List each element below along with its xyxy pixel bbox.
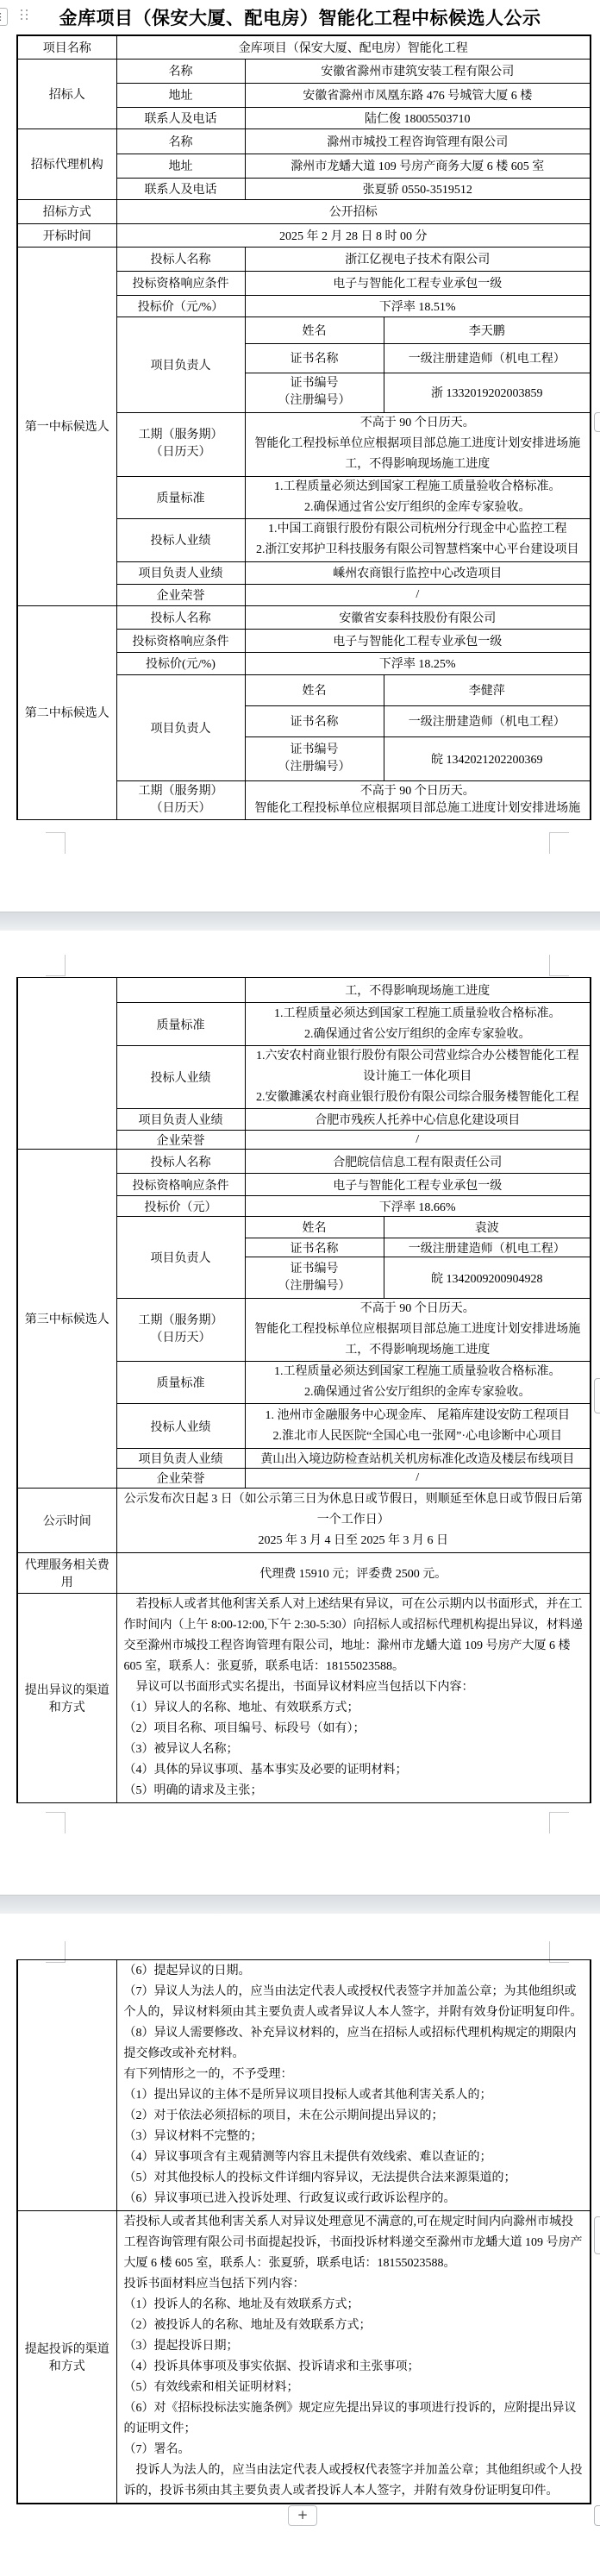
candidate1-achievements-cell: 1.中国工商银行股份有限公司杭州分行现金中心监控工程 2.浙江安邦护卫科技服务有… [245, 518, 591, 561]
duration-line: 智能化工程投标单位应根据项目部总施工进度计划安排进场施工，不得影响现场施工进度 [251, 434, 585, 475]
table-row: 工，不得影响现场施工进度 [17, 978, 591, 1003]
candidate2-honor-cell: / [245, 1131, 591, 1150]
objection-content-cell-page3: （6）提起异议的日期。（7）异议人为法人的，应当由法定代表人或授权代表签字并加盖… [116, 1960, 591, 2211]
bidder-name-label-cell: 投标人名称 [116, 1150, 245, 1174]
project-name-label-cell: 项目名称 [17, 35, 116, 59]
floating-tool-button[interactable] [594, 2216, 600, 2254]
mgr-ach-label-cell: 项目负责人业绩 [116, 561, 245, 584]
qualification-label-cell: 投标资格响应条件 [116, 1174, 245, 1196]
objection-label-cell: 提出异议的渠道和方式 [17, 1594, 116, 1803]
objection-item: （7）异议人为法人的，应当由法定代表人或授权代表签字并加盖公章；为其他组织或个人… [124, 1982, 584, 2023]
duration-line: 智能化工程投标单位应根据项目部总施工进度计划安排进场施 [251, 800, 585, 818]
achievement-line: 2.淮北市人民医院“全国心电一张网”·心电诊断中心项目 [251, 1426, 585, 1447]
objection-paragraph: 若投标人或者其他利害关系人对上述结果有异议，可在公示期内以书面形式，并在工作时间… [124, 1595, 584, 1677]
complaint-item: （5）有效线索和相关证明材料； [124, 2378, 584, 2398]
objection-paragraph: 异议可以书面形式实名提出，书面异议材料应当包括以下内容： [124, 1677, 584, 1698]
candidate3-cert-no-cell: 皖 1342009200904928 [384, 1257, 591, 1299]
duration-label-cell: 工期（服务期） （日历天） [116, 1299, 245, 1362]
margin-mark-bottom-left [46, 1812, 66, 1833]
cert-name-label-cell: 证书名称 [245, 343, 384, 373]
agency-addr-label-cell: 地址 [116, 154, 245, 178]
price-label-cell: 投标价（元/%） [116, 295, 245, 317]
candidate3-qualification-cell: 电子与智能化工程专业承包一级 [245, 1174, 591, 1196]
candidate1-price-cell: 下浮率 18.51% [245, 295, 591, 317]
objection-content-cell-page2: 若投标人或者其他利害关系人对上述结果有异议，可在公示期内以书面形式，并在工作时间… [116, 1594, 591, 1803]
candidate3-duration-cell: 不高于 90 个日历天。 智能化工程投标单位应根据项目部总施工进度计划安排进场施… [245, 1299, 591, 1362]
complaint-item-list: （1）投诉人的名称、地址及有效联系方式；（2）被投诉人的名称、地址及有效联系方式… [124, 2295, 584, 2460]
empty-label-cell [116, 978, 245, 1003]
table-row: 招标人 名称 安徽省滁州市建筑安装工程有限公司 [17, 59, 591, 83]
candidate1-manager-name-cell: 李天鹏 [384, 317, 591, 343]
duration-line: 不高于 90 个日历天。 [251, 1299, 585, 1319]
name-label-cell: 姓名 [245, 317, 384, 343]
complaint-item: （6）对《招标投标法实施条例》规定应先提出异议的事项进行投诉的，应附提出异议的证… [124, 2398, 584, 2440]
publicity-line: 2025 年 3 月 4 日至 2025 年 3 月 6 日 [122, 1531, 585, 1551]
objection-item: （8）异议人需要修改、补充异议材料的，应当在招标人或招标代理机构规定的期限内提交… [124, 2023, 584, 2065]
achievement-line: 1. 池州市金融服务中心现金库、 尾箱库建设安防工程项目 [251, 1406, 585, 1426]
tenderer-addr-value-cell: 安徽省滁州市凤凰东路 476 号城管大厦 6 楼 [245, 83, 591, 107]
quality-line: 2.确保通过省公安厅组织的金库专家验收。 [251, 498, 585, 518]
objection-item: （5）明确的请求及主张； [124, 1781, 584, 1802]
candidate2-duration-cell-part1: 不高于 90 个日历天。 智能化工程投标单位应根据项目部总施工进度计划安排进场施 [245, 780, 591, 819]
complaint-item: （2）被投诉人的名称、地址及有效联系方式； [124, 2316, 584, 2336]
agency-fee-value-cell: 代理费 15910 元；评委费 2500 元。 [116, 1553, 591, 1594]
cert-no-label-line1: 证书编号 [251, 1261, 378, 1278]
complaint-item: （1）投诉人的名称、地址及有效联系方式； [124, 2295, 584, 2316]
bidder-ach-label-cell: 投标人业绩 [116, 1046, 245, 1109]
candidate2-group-cell: 第二中标候选人 [17, 605, 116, 819]
name-label-cell: 姓名 [245, 674, 384, 705]
honor-label-cell: 企业荣誉 [116, 1131, 245, 1150]
cert-no-label-line2: （注册编号） [251, 1278, 378, 1295]
honor-label-cell: 企业荣誉 [116, 1469, 245, 1489]
bidder-name-label-cell: 投标人名称 [116, 605, 245, 629]
objection-reject-intro: 有下列情形之一的，不予受理： [124, 2065, 584, 2085]
table-row: 公示时间 公示发布次日起 3 日（如公示第三日为休息日或节假日，则顺延至休息日或… [17, 1489, 591, 1553]
cert-no-label-line2: （注册编号） [251, 759, 378, 776]
complaint-paragraph: 投诉人为法人的，应当由法定代表人或授权代表签字并加盖公章；其他组织或个人投诉的，… [124, 2460, 584, 2502]
candidate2-achievements-cell: 1.六安农村商业银行股份有限公司营业综合办公楼智能化工程设计施工一体化项目 2.… [245, 1046, 591, 1109]
page-separator [0, 912, 600, 931]
objection-item: （4）具体的异议事项、基本事实及必要的证明材料； [124, 1760, 584, 1781]
objection-reject-item: （3）异议材料不完整的； [124, 2127, 584, 2147]
quality-line: 1.工程质量必须达到国家工程施工质量验收合格标准。 [251, 477, 585, 498]
price-label-cell: 投标价（元） [116, 1196, 245, 1217]
objection-item: （6）提起异议的日期。 [124, 1961, 584, 1982]
agency-group-cell: 招标代理机构 [17, 128, 116, 199]
opening-time-label-cell: 开标时间 [17, 223, 116, 247]
complaint-label-cell: 提起投诉的渠道和方式 [17, 2211, 116, 2504]
opening-time-value-cell: 2025 年 2 月 28 日 8 时 00 分 [116, 223, 591, 247]
cert-no-label-cell: 证书编号 （注册编号） [245, 1257, 384, 1299]
complaint-content-cell: 若投标人或者其他利害关系人对异议处理意见不满意的,可在规定时间内向滁州市城投工程… [116, 2211, 591, 2504]
quality-line: 1.工程质量必须达到国家工程施工质量验收合格标准。 [251, 1362, 585, 1382]
agency-contact-label-cell: 联系人及电话 [116, 178, 245, 199]
candidate3-honor-cell: / [245, 1469, 591, 1489]
quality-line: 2.确保通过省公安厅组织的金库专家验收。 [251, 1025, 585, 1045]
objection-reject-item: （6）异议事项已进入投诉处理、行政复议或行政诉讼程序的。 [124, 2189, 584, 2209]
table-row: 提起投诉的渠道和方式 若投标人或者其他利害关系人对异议处理意见不满意的,可在规定… [17, 2211, 591, 2504]
candidate2-duration-cell-part2: 工，不得影响现场施工进度 [245, 978, 591, 1003]
tenderer-addr-label-cell: 地址 [116, 83, 245, 107]
duration-label-line1: 工期（服务期） [122, 427, 240, 444]
candidate1-group-cell: 第一中标候选人 [17, 247, 116, 605]
duration-label-line2: （日历天） [122, 1330, 240, 1347]
candidate2-bidder-cell: 安徽省安泰科技股份有限公司 [245, 605, 591, 629]
method-value-cell: 公开招标 [116, 199, 591, 223]
tenderer-name-value-cell: 安徽省滁州市建筑安装工程有限公司 [245, 59, 591, 83]
qualification-label-cell: 投标资格响应条件 [116, 271, 245, 295]
agency-addr-value-cell: 滁州市龙蟠大道 109 号房产商务大厦 6 楼 605 室 [245, 154, 591, 178]
objection-reject-list: （1）提出异议的主体不是所异议项目投标人或者其他利害关系人的；（2）对于依法必须… [124, 2085, 584, 2209]
bidder-ach-label-cell: 投标人业绩 [116, 518, 245, 561]
objection-reject-item: （5）对其他投标人的投标文件详细内容异议，无法提供合法来源渠道的； [124, 2168, 584, 2189]
bidder-ach-label-cell: 投标人业绩 [116, 1404, 245, 1449]
candidate2-mgr-ach-cell: 合肥市残疾人托养中心信息化建设项目 [245, 1109, 591, 1131]
quality-line: 2.确保通过省公安厅组织的金库专家验收。 [251, 1382, 585, 1403]
complaint-item: （3）提起投诉日期； [124, 2336, 584, 2357]
document-canvas: ⋮ 金库项目（保安大厦、配电房）智能化工程中标候选人公示 项目名称 金库项目（保… [0, 0, 600, 2576]
notice-table-page3: （6）提起异议的日期。（7）异议人为法人的，应当由法定代表人或授权代表签字并加盖… [16, 1959, 591, 2504]
achievement-line: 1.中国工商银行股份有限公司杭州分行现金中心监控工程 [251, 519, 585, 540]
cert-name-label-cell: 证书名称 [245, 705, 384, 736]
duration-label-line1: 工期（服务期） [122, 1313, 240, 1330]
table-row: 第二中标候选人 投标人名称 安徽省安泰科技股份有限公司 [17, 605, 591, 629]
table-row: （6）提起异议的日期。（7）异议人为法人的，应当由法定代表人或授权代表签字并加盖… [17, 1960, 591, 2211]
candidate3-mgr-ach-cell: 黄山出入境边防检查站机关机房标准化改造及楼层布线项目 [245, 1449, 591, 1469]
candidate3-quality-cell: 1.工程质量必须达到国家工程施工质量验收合格标准。 2.确保通过省公安厅组织的金… [245, 1362, 591, 1404]
candidate3-group-cell: 第三中标候选人 [17, 1150, 116, 1489]
tenderer-group-cell: 招标人 [17, 59, 116, 128]
manager-group-cell: 项目负责人 [116, 317, 245, 412]
honor-label-cell: 企业荣誉 [116, 584, 245, 605]
cert-no-label-cell: 证书编号 （注册编号） [245, 736, 384, 780]
margin-mark-bottom-right [549, 832, 569, 854]
table-row: 第三中标候选人 投标人名称 合肥皖信信息工程有限责任公司 [17, 1150, 591, 1174]
bidder-name-label-cell: 投标人名称 [116, 247, 245, 271]
objection-item: （1）异议人的名称、地址、有效联系方式； [124, 1698, 584, 1719]
cert-no-label-cell: 证书编号 （注册编号） [245, 373, 384, 412]
candidate1-bidder-cell: 浙江亿视电子技术有限公司 [245, 247, 591, 271]
margin-mark-top-right [549, 955, 569, 976]
publicity-time-label-cell: 公示时间 [17, 1489, 116, 1553]
quality-label-cell: 质量标准 [116, 1362, 245, 1404]
candidate2-cert-name-cell: 一级注册建造师（机电工程） [384, 705, 591, 736]
agency-fee-label-cell: 代理服务相关费用 [17, 1553, 116, 1594]
table-row: 招标代理机构 名称 滁州市城投工程咨询管理有限公司 [17, 128, 591, 154]
candidate2-quality-cell: 1.工程质量必须达到国家工程施工质量验收合格标准。 2.确保通过省公安厅组织的金… [245, 1003, 591, 1046]
candidate1-cert-no-cell: 浙 1332019202003859 [384, 373, 591, 412]
candidate3-price-cell: 下浮率 18.66% [245, 1196, 591, 1217]
floating-tool-button[interactable] [594, 1378, 600, 1413]
table-row: 招标方式 公开招标 [17, 199, 591, 223]
tenderer-contact-label-cell: 联系人及电话 [116, 107, 245, 128]
floating-tool-button[interactable] [594, 2505, 600, 2526]
qualification-label-cell: 投标资格响应条件 [116, 629, 245, 652]
project-name-value-cell: 金库项目（保安大厦、配电房）智能化工程 [116, 35, 591, 59]
quality-label-cell: 质量标准 [116, 1003, 245, 1046]
add-page-button[interactable]: + [288, 2505, 317, 2526]
cert-no-label-line1: 证书编号 [251, 742, 378, 759]
manager-group-cell: 项目负责人 [116, 674, 245, 780]
cert-name-label-cell: 证书名称 [245, 1238, 384, 1257]
achievement-line: 1.六安农村商业银行股份有限公司营业综合办公楼智能化工程设计施工一体化项目 [251, 1046, 585, 1087]
mgr-ach-label-cell: 项目负责人业绩 [116, 1449, 245, 1469]
candidate2-manager-name-cell: 李健萍 [384, 674, 591, 705]
margin-mark-bottom-right [549, 1812, 569, 1833]
empty-label-cell [17, 1960, 116, 2211]
candidate3-cert-name-cell: 一级注册建造师（机电工程） [384, 1238, 591, 1257]
tenderer-name-label-cell: 名称 [116, 59, 245, 83]
candidate2-price-cell: 下浮率 18.25% [245, 652, 591, 674]
price-label-cell: 投标价(元/%) [116, 652, 245, 674]
table-row: 第一中标候选人 投标人名称 浙江亿视电子技术有限公司 [17, 247, 591, 271]
candidate1-mgr-ach-cell: 嵊州农商银行监控中心改造项目 [245, 561, 591, 584]
publicity-time-value-cell: 公示发布次日起 3 日（如公示第三日为休息日或节假日，则顺延至休息日或节假日后第… [116, 1489, 591, 1553]
candidate2-qualification-cell: 电子与智能化工程专业承包一级 [245, 629, 591, 652]
achievement-line: 2.安徽濉溪农村商业银行股份有限公司综合服务楼智能化工程 [251, 1087, 585, 1108]
cert-no-label-line1: 证书编号 [251, 375, 378, 392]
candidate1-quality-cell: 1.工程质量必须达到国家工程施工质量验收合格标准。 2.确保通过省公安厅组织的金… [245, 476, 591, 518]
duration-label-cell: 工期（服务期） （日历天） [116, 780, 245, 819]
empty-group-cell [17, 978, 116, 1150]
margin-mark-bottom-left [46, 832, 66, 854]
agency-name-label-cell: 名称 [116, 128, 245, 154]
table-row: 项目名称 金库项目（保安大厦、配电房）智能化工程 [17, 35, 591, 59]
duration-label-line2: （日历天） [122, 444, 240, 461]
complaint-item: （4）投诉具体事项及事实依据、投诉请求和主张事项； [124, 2357, 584, 2378]
cert-no-label-line2: （注册编号） [251, 392, 378, 410]
objection-item: （2）项目名称、项目编号、标段号（如有）； [124, 1719, 584, 1739]
duration-label-cell: 工期（服务期） （日历天） [116, 412, 245, 476]
quality-label-cell: 质量标准 [116, 476, 245, 518]
duration-label-line2: （日历天） [122, 800, 240, 818]
floating-tool-button[interactable] [594, 412, 600, 432]
objection-item-list: （6）提起异议的日期。（7）异议人为法人的，应当由法定代表人或授权代表签字并加盖… [124, 1961, 584, 2065]
manager-group-cell: 项目负责人 [116, 1217, 245, 1299]
notice-table-page2: 工，不得影响现场施工进度 质量标准 1.工程质量必须达到国家工程施工质量验收合格… [16, 977, 591, 1803]
objection-reject-item: （4）异议事项含有主观猜测等内容且未提供有效线索、难以查证的； [124, 2147, 584, 2168]
complaint-paragraph: 若投标人或者其他利害关系人对异议处理意见不满意的,可在规定时间内向滁州市城投工程… [124, 2212, 584, 2274]
candidate2-cert-no-cell: 皖 1342021202200369 [384, 736, 591, 780]
objection-item: （3）被异议人名称； [124, 1739, 584, 1760]
publicity-line: 公示发布次日起 3 日（如公示第三日为休息日或节假日，则顺延至休息日或节假日后第… [122, 1489, 585, 1531]
method-label-cell: 招标方式 [17, 199, 116, 223]
complaint-paragraph: 投诉书面材料应当包括下列内容： [124, 2274, 584, 2295]
table-row: 开标时间 2025 年 2 月 28 日 8 时 00 分 [17, 223, 591, 247]
notice-table-page1: 项目名称 金库项目（保安大厦、配电房）智能化工程 招标人 名称 安徽省滁州市建筑… [16, 34, 591, 820]
candidate1-duration-cell: 不高于 90 个日历天。 智能化工程投标单位应根据项目部总施工进度计划安排进场施… [245, 412, 591, 476]
objection-item-list: （1）异议人的名称、地址、有效联系方式；（2）项目名称、项目编号、标段号（如有）… [124, 1698, 584, 1802]
complaint-item: （7）署名。 [124, 2440, 584, 2460]
duration-label-line1: 工期（服务期） [122, 783, 240, 800]
page-title: 金库项目（保安大厦、配电房）智能化工程中标候选人公示 [0, 4, 600, 30]
candidate1-qualification-cell: 电子与智能化工程专业承包一级 [245, 271, 591, 295]
candidate3-manager-name-cell: 袁波 [384, 1217, 591, 1238]
margin-mark-top-left [46, 955, 66, 976]
duration-line: 不高于 90 个日历天。 [251, 413, 585, 434]
candidate3-bidder-cell: 合肥皖信信息工程有限责任公司 [245, 1150, 591, 1174]
candidate1-honor-cell: / [245, 584, 591, 605]
objection-reject-item: （1）提出异议的主体不是所异议项目投标人或者其他利害关系人的； [124, 2085, 584, 2106]
table-row: 提出异议的渠道和方式 若投标人或者其他利害关系人对上述结果有异议，可在公示期内以… [17, 1594, 591, 1803]
agency-contact-value-cell: 张夏骄 0550-3519512 [245, 178, 591, 199]
candidate3-achievements-cell: 1. 池州市金融服务中心现金库、 尾箱库建设安防工程项目 2.淮北市人民医院“全… [245, 1404, 591, 1449]
mgr-ach-label-cell: 项目负责人业绩 [116, 1109, 245, 1131]
duration-line: 智能化工程投标单位应根据项目部总施工进度计划安排进场施工，不得影响现场施工进度 [251, 1319, 585, 1361]
duration-line: 不高于 90 个日历天。 [251, 783, 585, 800]
objection-reject-item: （2）对于依法必须招标的项目，未在公示期间提出异议的； [124, 2106, 584, 2127]
name-label-cell: 姓名 [245, 1217, 384, 1238]
table-row: 代理服务相关费用 代理费 15910 元；评委费 2500 元。 [17, 1553, 591, 1594]
candidate1-cert-name-cell: 一级注册建造师（机电工程） [384, 343, 591, 373]
agency-name-value-cell: 滁州市城投工程咨询管理有限公司 [245, 128, 591, 154]
achievement-line: 2.浙江安邦护卫科技服务有限公司智慧档案中心平台建设项目 [251, 540, 585, 561]
page-separator [0, 1895, 600, 1914]
quality-line: 1.工程质量必须达到国家工程施工质量验收合格标准。 [251, 1004, 585, 1025]
tenderer-contact-value-cell: 陆仁俊 18005503710 [245, 107, 591, 128]
